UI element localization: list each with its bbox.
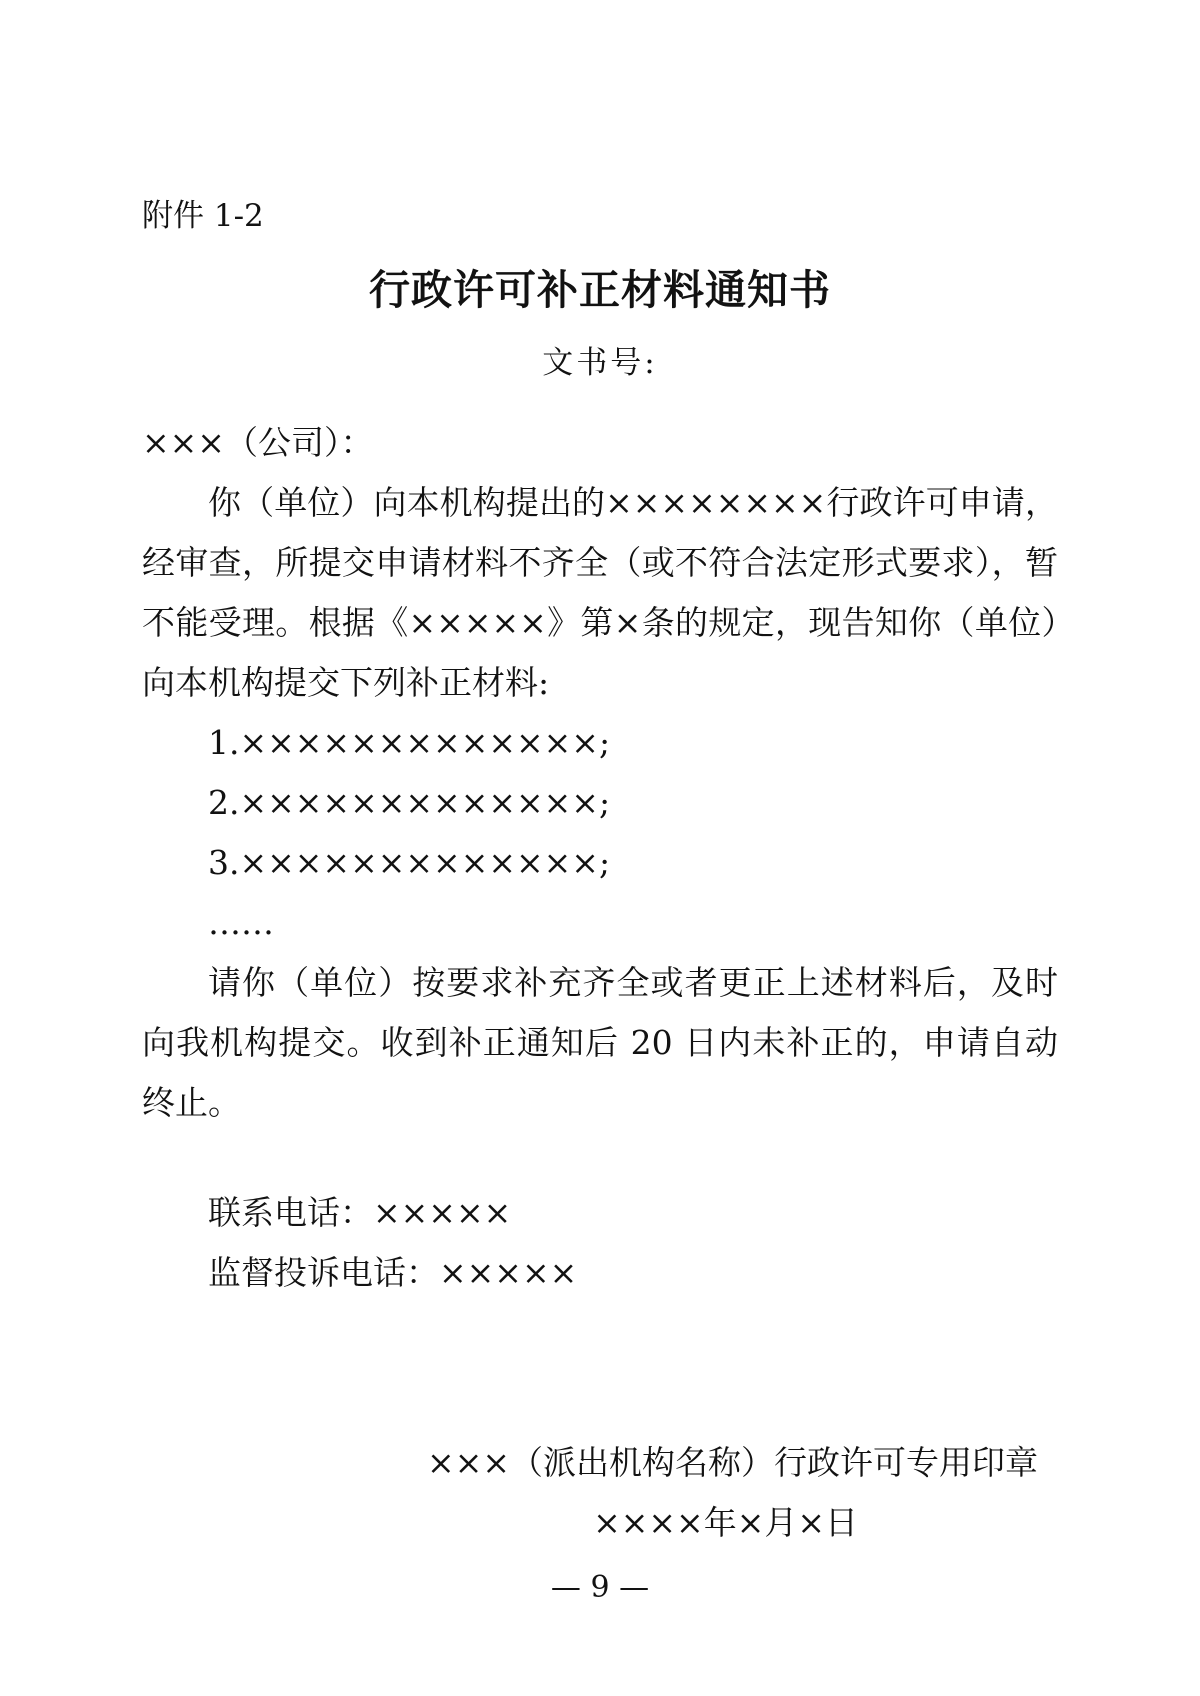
body-paragraph-1: 你（单位）向本机构提出的××××××××行政许可申请，经审查，所提交申请材料不齐… [142,473,1058,713]
recipient-line: ×××（公司）： [142,413,1058,473]
contact-phone-line: 联系电话：××××× [142,1183,1058,1243]
list-item-ellipsis: …… [142,893,1058,953]
document-title: 行政许可补正材料通知书 [142,264,1058,316]
supplement-materials-list: 1.×××××××××××××; 2.×××××××××××××; 3.××××… [142,713,1058,953]
list-item-2: 2.×××××××××××××; [142,773,1058,833]
date-line: ××××年×月×日 [142,1493,1058,1553]
attachment-label: 附件 1-2 [142,198,1058,234]
document-number-label: 文书号: [142,343,1058,383]
list-item-3: 3.×××××××××××××; [142,833,1058,893]
signature-block: ×××（派出机构名称）行政许可专用印章 ××××年×月×日 [142,1433,1058,1553]
complaint-phone-line: 监督投诉电话：××××× [142,1243,1058,1303]
list-item-1: 1.×××××××××××××; [142,713,1058,773]
page-number: — 9 — [0,1566,1200,1610]
body-paragraph-2: 请你（单位）按要求补充齐全或者更正上述材料后，及时向我机构提交。收到补正通知后 … [142,953,1058,1133]
document-page: 附件 1-2 行政许可补正材料通知书 文书号: ×××（公司）： 你（单位）向本… [0,0,1200,1696]
seal-line: ×××（派出机构名称）行政许可专用印章 [142,1433,1058,1493]
contact-block: 联系电话：××××× 监督投诉电话：××××× [142,1183,1058,1303]
